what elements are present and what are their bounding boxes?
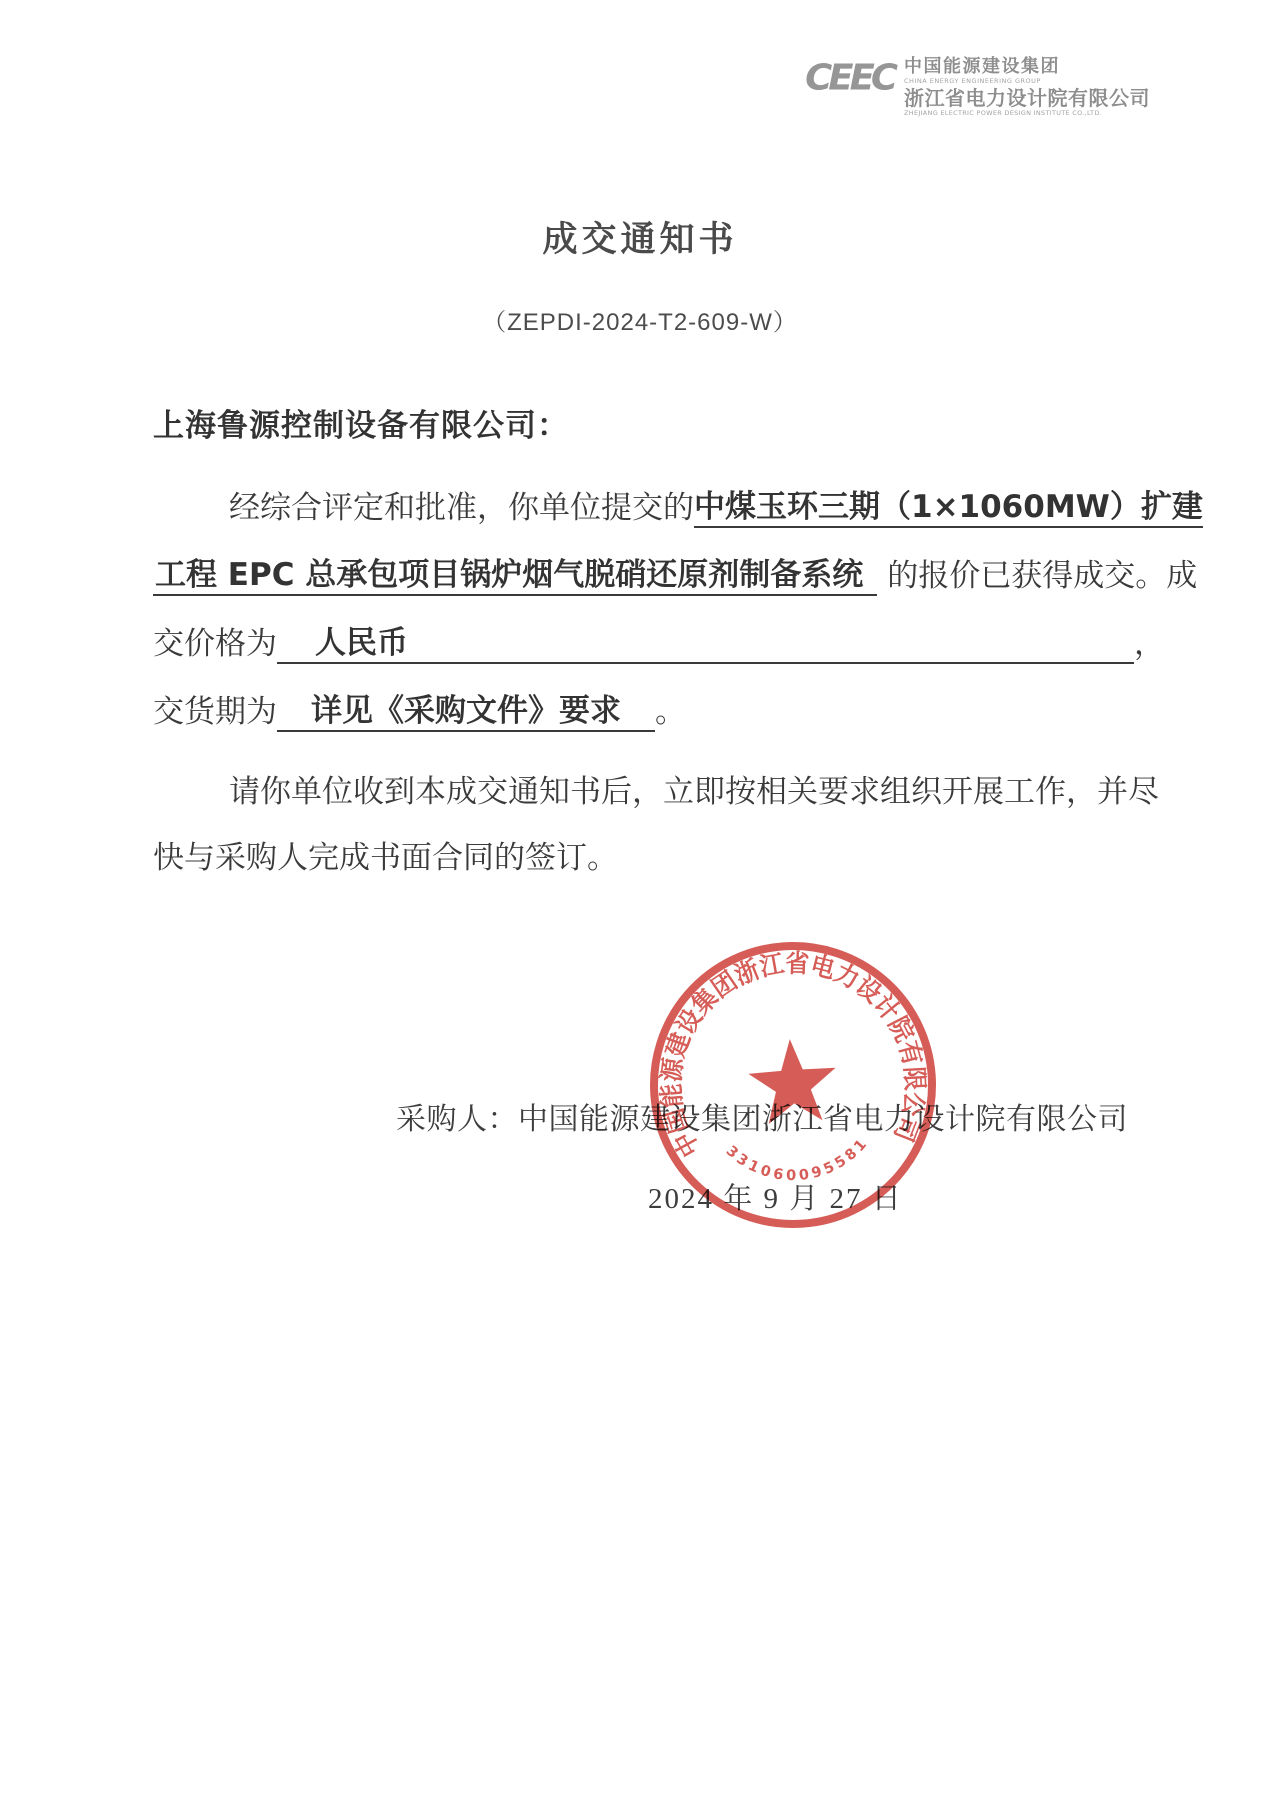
date-line: 2024 年 9 月 27 日 (648, 1176, 903, 1217)
line2-regular-text: 的报价已获得成交。成 (887, 550, 1197, 595)
ceec-logo-icon: CEEC (805, 59, 894, 97)
line4-period: 。 (655, 686, 686, 731)
addressee-line: 上海鲁源控制设备有限公司： (153, 400, 569, 445)
closing-line-1: 请你单位收到本成交通知书后，立即按相关要求组织开展工作，并尽 (153, 755, 1165, 821)
price-value: 人民币 (315, 617, 408, 662)
delivery-value-underlined: 详见《采购文件》要求 (277, 685, 655, 732)
line1-regular-text: 经综合评定和批准，你单位提交的 (229, 482, 694, 527)
closing-text-2: 快与采购人完成书面合同的签订。 (153, 832, 618, 877)
company-name-cn: 浙江省电力设计院有限公司 (904, 88, 1150, 108)
closing-paragraph: 请你单位收到本成交通知书后，立即按相关要求组织开展工作，并尽 快与采购人完成书面… (153, 755, 1165, 887)
paragraph-line-2: 工程 EPC 总承包项目锅炉烟气脱硝还原剂制备系统 的报价已获得成交。成 (153, 538, 1165, 606)
delivery-label: 交货期为 (153, 686, 277, 731)
price-underline-field: 人民币 (277, 617, 1134, 664)
price-label: 交价格为 (153, 618, 277, 663)
paragraph-line-4: 交货期为 详见《采购文件》要求 。 (153, 674, 1165, 742)
main-paragraph: 经综合评定和批准，你单位提交的 中煤玉环三期（1×1060MW）扩建 工程 EP… (153, 470, 1165, 742)
group-name-en: CHINA ENERGY ENGINEERING GROUP (904, 78, 1150, 85)
project-name-part2-underlined: 工程 EPC 总承包项目锅炉烟气脱硝还原剂制备系统 (153, 549, 877, 596)
line3-comma: ， (1134, 618, 1165, 663)
logo-text-block: 中国能源建设集团 CHINA ENERGY ENGINEERING GROUP … (904, 58, 1150, 116)
document-number: （ZEPDI-2024-T2-609-W） (0, 302, 1280, 337)
project-name-part1-underlined: 中煤玉环三期（1×1060MW）扩建 (694, 481, 1203, 528)
company-logo: CEEC 中国能源建设集团 CHINA ENERGY ENGINEERING G… (805, 58, 1150, 116)
paragraph-line-1: 经综合评定和批准，你单位提交的 中煤玉环三期（1×1060MW）扩建 (153, 470, 1165, 538)
closing-text-1: 请你单位收到本成交通知书后，立即按相关要求组织开展工作，并尽 (229, 766, 1159, 811)
group-name-cn: 中国能源建设集团 (904, 58, 1150, 76)
closing-line-2: 快与采购人完成书面合同的签订。 (153, 821, 1165, 887)
paragraph-line-3: 交价格为 人民币 ， (153, 606, 1165, 674)
purchaser-line: 采购人：中国能源建设集团浙江省电力设计院有限公司 (396, 1094, 1128, 1138)
page-title: 成交通知书 (0, 212, 1280, 262)
company-name-en: ZHEJIANG ELECTRIC POWER DESIGN INSTITUTE… (904, 110, 1150, 117)
award-notice-page: CEEC 中国能源建设集团 CHINA ENERGY ENGINEERING G… (0, 0, 1280, 1810)
